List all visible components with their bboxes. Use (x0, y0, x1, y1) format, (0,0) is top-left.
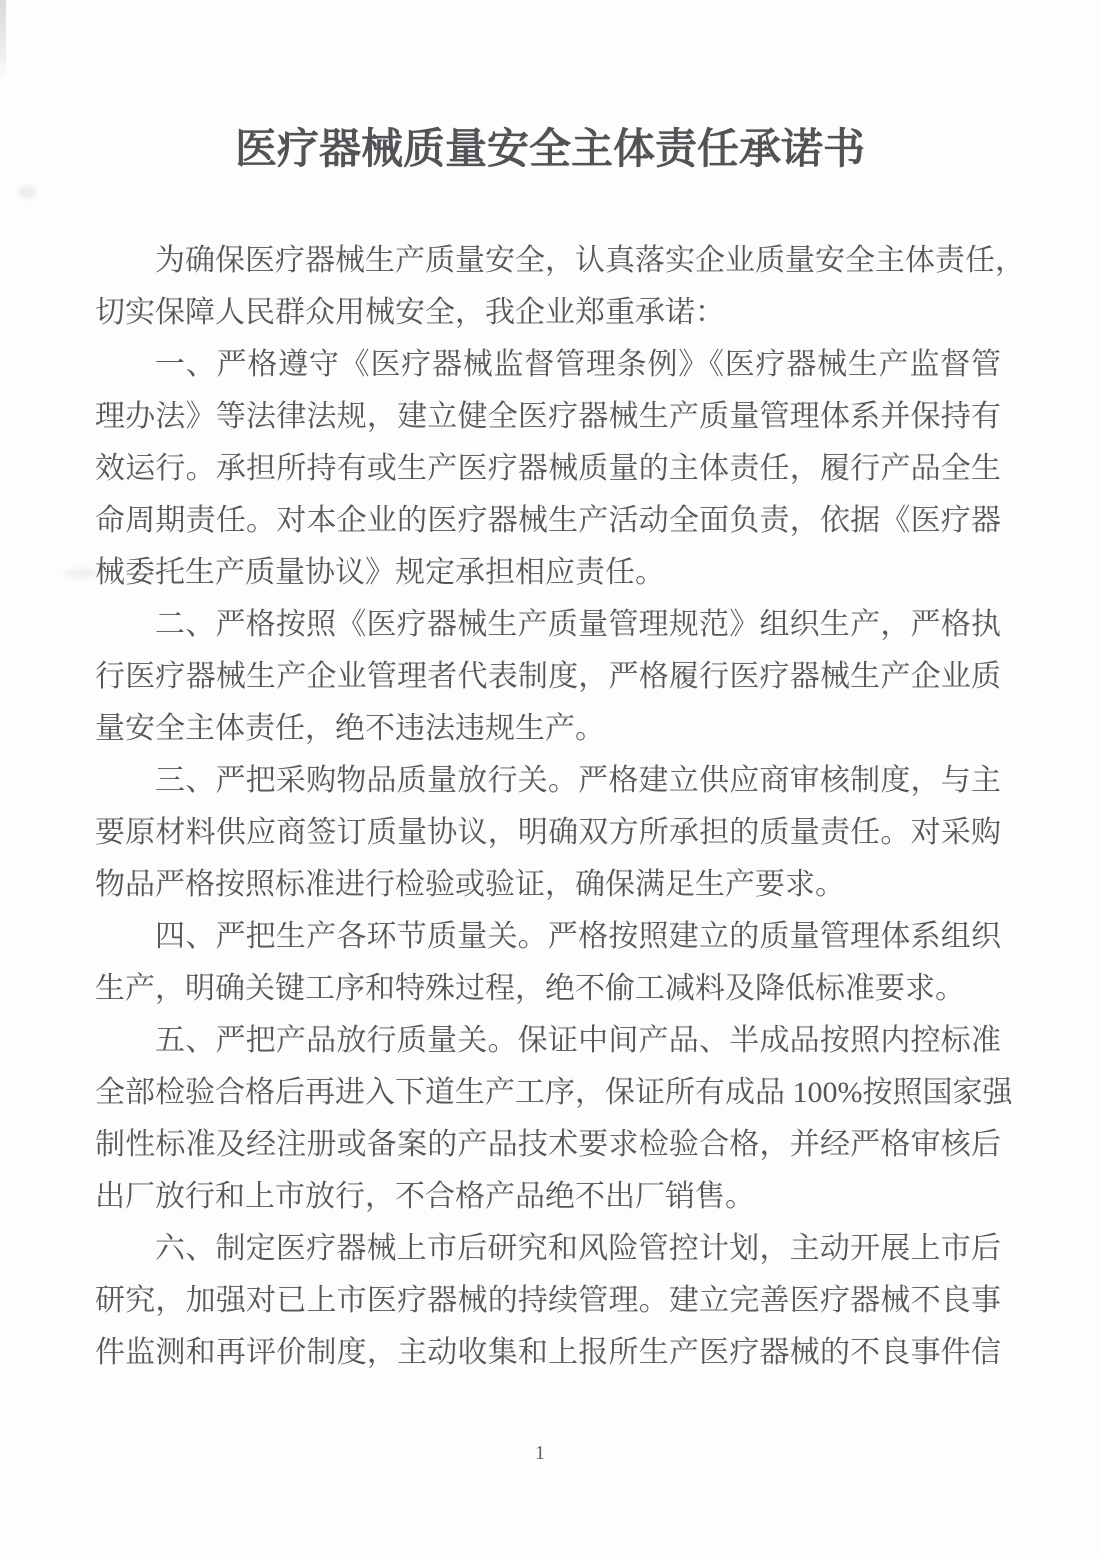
body-line: 六、制定医疗器械上市后研究和风险管控计划，主动开展上市后 (95, 1223, 1001, 1275)
body-line: 出厂放行和上市放行，不合格产品绝不出厂销售。 (95, 1171, 1001, 1223)
body-line: 要原材料供应商签订质量协议，明确双方所承担的质量责任。对采购 (95, 807, 1001, 859)
body-line: 械委托生产质量协议》规定承担相应责任。 (95, 547, 1001, 599)
scanned-document-page: 医疗器械质量安全主体责任承诺书 为确保医疗器械生产质量安全，认真落实企业质量安全… (0, 0, 1100, 1554)
scan-edge-artifact (0, 0, 6, 82)
body-line: 全部检验合格后再进入下道生产工序，保证所有成品 100%按照国家强 (95, 1067, 1001, 1119)
document-body: 为确保医疗器械生产质量安全，认真落实企业质量安全主体责任，切实保障人民群众用械安… (95, 235, 1001, 1379)
scan-smudge (18, 186, 36, 199)
body-line: 切实保障人民群众用械安全，我企业郑重承诺： (95, 287, 1001, 339)
body-line: 量安全主体责任，绝不违法违规生产。 (95, 703, 1001, 755)
body-line: 行医疗器械生产企业管理者代表制度，严格履行医疗器械生产企业质 (95, 651, 1001, 703)
body-line: 命周期责任。对本企业的医疗器械生产活动全面负责，依据《医疗器 (95, 495, 1001, 547)
page-number: 1 (0, 1441, 1080, 1465)
document-title: 医疗器械质量安全主体责任承诺书 (0, 124, 1100, 174)
body-line: 效运行。承担所持有或生产医疗器械质量的主体责任，履行产品全生 (95, 443, 1001, 495)
body-line: 四、严把生产各环节质量关。严格按照建立的质量管理体系组织 (95, 911, 1001, 963)
body-line: 制性标准及经注册或备案的产品技术要求检验合格，并经严格审核后 (95, 1119, 1001, 1171)
body-line: 研究，加强对已上市医疗器械的持续管理。建立完善医疗器械不良事 (95, 1275, 1001, 1327)
body-line: 为确保医疗器械生产质量安全，认真落实企业质量安全主体责任， (95, 235, 1001, 287)
body-line: 一、严格遵守《医疗器械监督管理条例》《医疗器械生产监督管 (95, 339, 1001, 391)
body-line: 生产，明确关键工序和特殊过程，绝不偷工减料及降低标准要求。 (95, 963, 1001, 1015)
scan-smudge (64, 568, 98, 578)
body-line: 三、严把采购物品质量放行关。严格建立供应商审核制度，与主 (95, 755, 1001, 807)
body-line: 物品严格按照标准进行检验或验证，确保满足生产要求。 (95, 859, 1001, 911)
body-line: 五、严把产品放行质量关。保证中间产品、半成品按照内控标准 (95, 1015, 1001, 1067)
body-line: 件监测和再评价制度，主动收集和上报所生产医疗器械的不良事件信 (95, 1327, 1001, 1379)
body-line: 理办法》等法律法规，建立健全医疗器械生产质量管理体系并保持有 (95, 391, 1001, 443)
body-line: 二、严格按照《医疗器械生产质量管理规范》组织生产，严格执 (95, 599, 1001, 651)
